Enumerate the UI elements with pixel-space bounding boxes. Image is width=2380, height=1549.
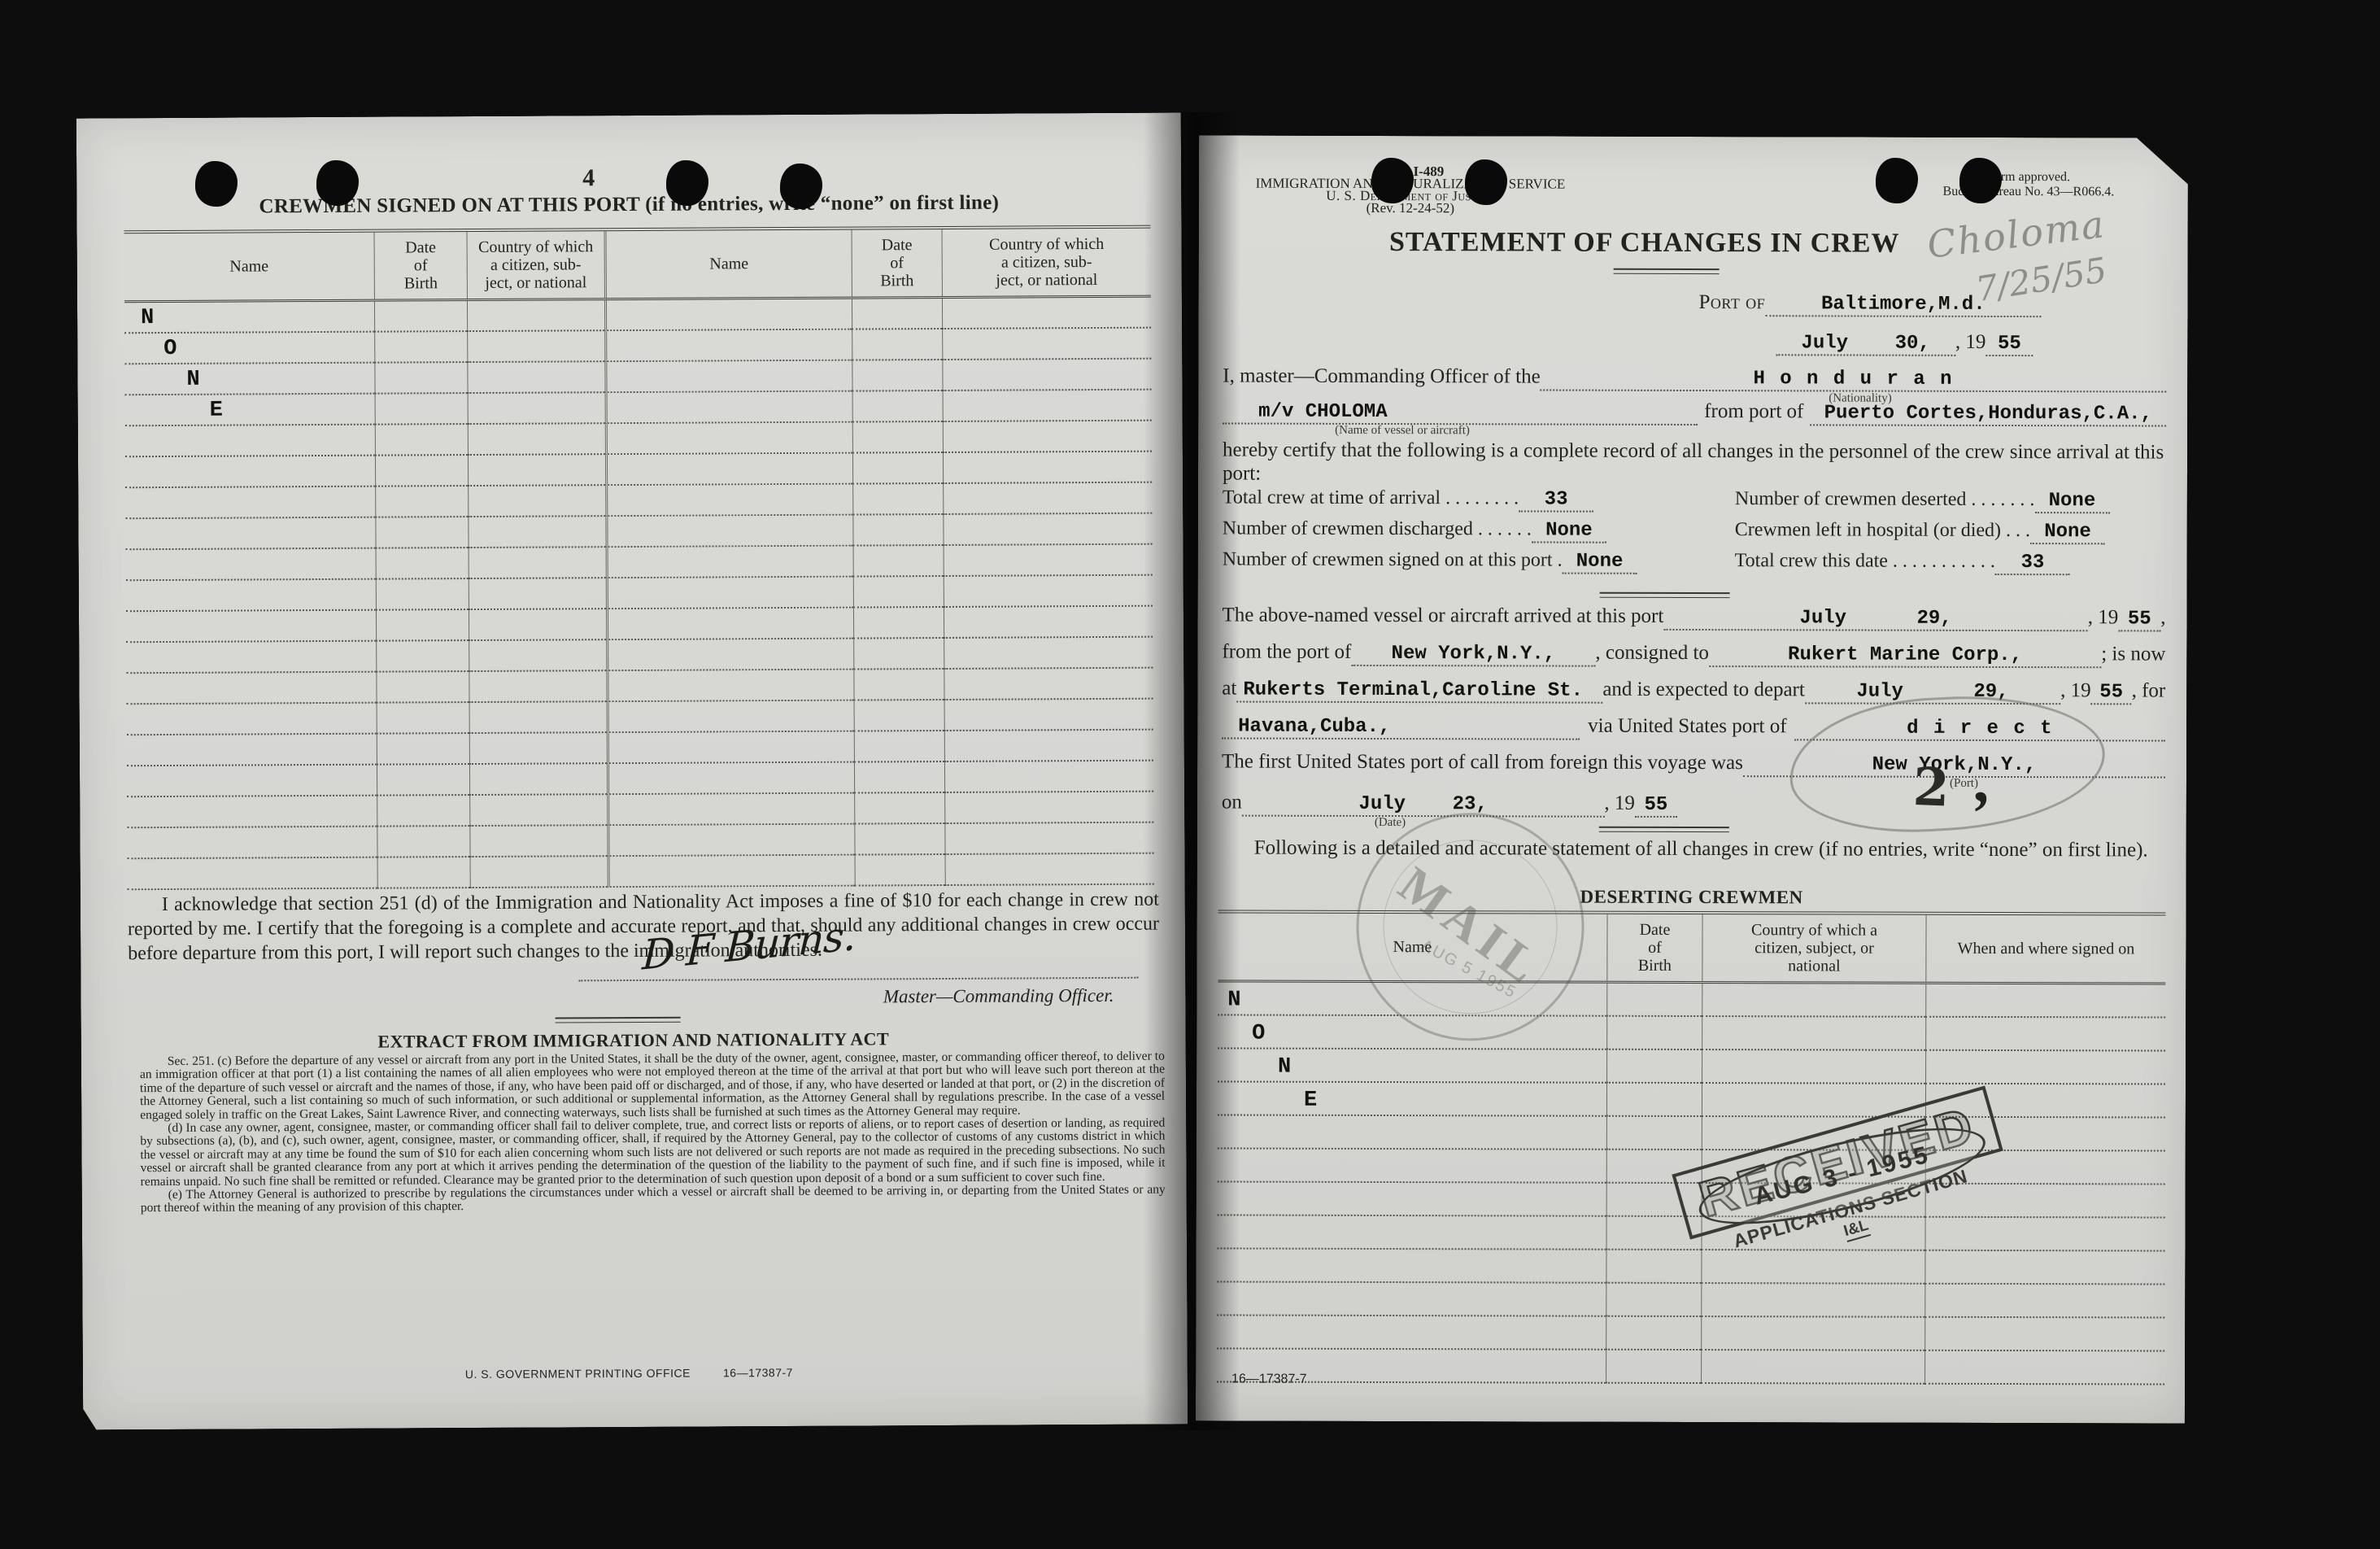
cell-country — [467, 362, 604, 394]
date-value: July 30, — [1801, 332, 1930, 354]
cell-country2 — [944, 669, 1153, 700]
table-row — [1217, 1349, 2164, 1385]
signature-line — [578, 977, 1138, 982]
cell-dob — [376, 548, 469, 580]
consigned-value: Rukert Marine Corp., — [1788, 644, 2022, 666]
via-label: via United States port of — [1580, 715, 1794, 739]
stat-label: Total crew at time of arrival . . . . . … — [1223, 487, 1519, 509]
cell-country2 — [944, 576, 1153, 608]
crew-statistics-block: Total crew at time of arrival . . . . . … — [1223, 487, 2166, 575]
cell-country — [468, 424, 605, 456]
cell-name2 — [606, 670, 853, 703]
cell-name — [1218, 1182, 1606, 1216]
destination-value: Havana,Cuba., — [1238, 716, 1390, 738]
cell-country2 — [943, 483, 1152, 515]
cell-country2 — [942, 360, 1151, 391]
cell-dob2 — [852, 360, 942, 392]
cell-name — [127, 735, 377, 767]
form-print-number: 16—17387-7 — [1231, 1372, 1307, 1387]
cell-name — [128, 858, 377, 891]
table-row: N — [1218, 1049, 2165, 1084]
from-port-value: Puerto Cortes,Honduras,C.A., — [1824, 402, 2152, 425]
stat-value: None — [1545, 520, 1593, 542]
cell-country2 — [944, 607, 1153, 639]
cell-name2 — [607, 701, 854, 734]
vessel-name-value: m/v CHOLOMA — [1258, 401, 1388, 423]
printed-19: , 19 — [2060, 679, 2091, 702]
vessel-name-field: m/v CHOLOMA — [1223, 399, 1698, 425]
cell-dob — [1606, 1284, 1701, 1317]
cell-dob2 — [853, 639, 944, 670]
hole-punch — [1876, 158, 1918, 203]
stat-total-date: Total crew this date . . . . . . . . . .… — [1735, 550, 2166, 575]
stat-label: Crewmen left in hospital (or died) . . . — [1735, 519, 2030, 542]
cell-country — [468, 486, 605, 517]
none-letter: O — [163, 337, 177, 361]
cell-dob — [1606, 1017, 1702, 1050]
cell-dob2 — [853, 670, 944, 701]
budget-approval-block: Form approved. Budget Bureau No. 43—R066… — [1894, 170, 2163, 200]
cell-country — [467, 300, 604, 332]
cell-signed-on — [1925, 1051, 2165, 1085]
cell-name — [1218, 1149, 1606, 1183]
cell-country2 — [942, 329, 1151, 360]
cell-dob — [374, 301, 467, 333]
table-row: N — [1218, 982, 2165, 1018]
cell-signed-on — [1924, 1285, 2164, 1319]
cell-name: E — [1218, 1082, 1606, 1116]
stat-value: 33 — [1545, 489, 1568, 511]
cell-dob2 — [853, 577, 944, 609]
section-divider — [1600, 592, 1730, 598]
cell-country2 — [943, 452, 1152, 484]
cell-country — [468, 455, 605, 487]
cell-name — [127, 766, 377, 798]
cell-name — [125, 518, 375, 551]
cell-country2 — [944, 731, 1153, 762]
cell-country2 — [944, 638, 1153, 670]
deserting-crewmen-title: DESERTING CREWMEN — [1197, 885, 2186, 909]
page-number: 4 — [582, 164, 595, 192]
col-header-name2: Name — [604, 230, 852, 299]
cell-name — [1217, 1282, 1606, 1316]
cell-dob2 — [854, 793, 944, 825]
hole-punch — [1371, 158, 1414, 203]
on-date-field: July 23, — [1242, 792, 1605, 818]
table-row — [1217, 1316, 2164, 1351]
cell-name — [127, 704, 377, 736]
section-divider — [556, 1017, 681, 1023]
col-header-dob: Date of Birth — [374, 232, 467, 299]
cell-dob2 — [854, 824, 944, 856]
hole-punch — [666, 160, 708, 206]
table-row — [1217, 1249, 2164, 1285]
cell-country2 — [943, 391, 1152, 422]
cell-name2 — [606, 547, 853, 579]
cell-country — [468, 517, 605, 548]
stat-total-arrival: Total crew at time of arrival . . . . . … — [1223, 487, 1735, 513]
stat-label: Number of crewmen deserted . . . . . . . — [1735, 488, 2035, 511]
depart-label: and is expected to depart — [1602, 679, 1805, 702]
table-row — [1217, 1282, 2164, 1318]
cell-name — [126, 673, 376, 705]
cell-dob2 — [852, 391, 943, 423]
none-letter: E — [1304, 1089, 1317, 1113]
cell-dob2 — [852, 453, 943, 485]
form-approved-line: Form approved. — [1894, 170, 2163, 185]
cell-country2 — [942, 298, 1151, 329]
from-port-of-line: from the port of New York,N.Y., , consig… — [1222, 640, 2165, 668]
stat-deserted: Number of crewmen deserted . . . . . . .… — [1735, 488, 2166, 513]
cell-name2 — [605, 454, 852, 487]
cell-country — [1701, 1284, 1924, 1318]
is-now-label: ; is now — [2101, 643, 2165, 665]
printed-19: , 19 — [1955, 331, 1986, 354]
col-header-dob2: Date of Birth — [852, 229, 942, 297]
cell-country — [469, 702, 607, 734]
cell-signed-on — [1924, 1351, 2164, 1385]
stat-field: None — [2034, 489, 2109, 513]
stat-field: None — [2030, 520, 2105, 544]
cell-name: N — [1218, 1049, 1606, 1083]
terminal-value: Rukerts Terminal,Caroline St. — [1243, 679, 1583, 702]
cell-country — [467, 331, 604, 363]
cell-name2 — [606, 578, 853, 610]
stat-signed-on: Number of crewmen signed on at this port… — [1223, 548, 1735, 574]
arrived-date-value: July 29, — [1799, 607, 1951, 629]
table-row — [127, 700, 1153, 736]
cell-dob2 — [854, 762, 944, 794]
cell-country — [469, 640, 606, 672]
table-row — [128, 854, 1154, 891]
cell-name — [126, 549, 376, 582]
cell-name2 — [604, 299, 852, 332]
cell-dob — [376, 672, 469, 704]
col-header-name: Name — [124, 233, 374, 301]
cell-dob — [374, 332, 467, 364]
stat-value: 33 — [2021, 552, 2045, 574]
table-row — [126, 545, 1153, 582]
revision-date: (Rev. 12-24-52) — [1215, 201, 1606, 214]
mail-room-stamp: MAIL AUG 5 1955 — [1356, 813, 1584, 1041]
extract-paragraph-e: (e) The Attorney General is authorized t… — [141, 1184, 1166, 1215]
cell-signed-on — [1924, 1218, 2164, 1252]
cell-signed-on — [1924, 1318, 2164, 1352]
extract-paragraph-c: Sec. 251. (c) Before the departure of an… — [140, 1050, 1165, 1123]
cell-dob — [1606, 1250, 1701, 1284]
cell-dob2 — [854, 731, 944, 763]
crewmen-signed-table: Name Date of Birth Country of which a ci… — [124, 225, 1154, 891]
cell-name2 — [606, 609, 853, 641]
stat-discharged: Number of crewmen discharged . . . . . .… — [1223, 517, 1735, 543]
cell-country — [1702, 1017, 1925, 1051]
table-row: O — [124, 329, 1151, 365]
stat-value: None — [2049, 490, 2096, 512]
cell-country2 — [944, 700, 1153, 731]
signature-label: Master—Commanding Officer. — [81, 985, 1114, 1012]
stat-field: 33 — [1519, 487, 1593, 512]
cell-name — [1217, 1249, 1606, 1283]
cell-dob — [376, 579, 469, 611]
port-of-value: Baltimore,M.d. — [1821, 293, 1986, 316]
stat-value: None — [2044, 521, 2091, 543]
arrived-year-field: 55 — [2118, 606, 2160, 631]
cell-signed-on — [1925, 1018, 2165, 1052]
first-port-label: The first United States port of call fro… — [1222, 750, 1743, 774]
scanned-document: 4 CREWMEN SIGNED ON AT THIS PORT (if no … — [0, 0, 2380, 1549]
consigned-field: Rukert Marine Corp., — [1709, 642, 2101, 668]
none-letter: O — [1252, 1022, 1265, 1046]
table-row — [127, 792, 1153, 829]
cell-name2 — [605, 485, 852, 517]
depart-year-field: 55 — [2091, 679, 2132, 705]
title-underline — [1614, 268, 1720, 274]
table-row — [126, 607, 1153, 644]
table-row — [127, 761, 1153, 798]
mail-stamp-text: MAIL — [1388, 855, 1554, 998]
cell-name2 — [607, 732, 854, 765]
table-row: N — [124, 360, 1151, 396]
table-header-row: Name Date of Birth Country of which a ci… — [124, 229, 1151, 303]
first-port-date-line: on July 23, , 19 55 — [1222, 791, 1677, 817]
cell-dob2 — [853, 546, 944, 578]
cell-country2 — [944, 761, 1153, 793]
cell-name — [125, 425, 375, 458]
statement-date-line: July 30, , 19 55 — [1776, 330, 2033, 356]
table-row: O — [1218, 1015, 2165, 1051]
from-port-field: Puerto Cortes,Honduras,C.A., — [1810, 400, 2166, 426]
form-title: STATEMENT OF CHANGES IN CREW — [1199, 226, 2090, 260]
cell-country2 — [943, 514, 1152, 546]
cell-country — [469, 548, 606, 579]
on-year-value: 55 — [1644, 794, 1667, 816]
cell-dob — [1606, 1317, 1701, 1350]
arrived-label: The above-named vessel or aircraft arriv… — [1222, 604, 1663, 627]
cell-dob2 — [855, 855, 945, 887]
cell-dob — [375, 517, 468, 549]
port-of-line: Port of Baltimore,M.d. — [1698, 291, 2041, 317]
cell-dob — [1606, 984, 1702, 1017]
following-paragraph: Following is a detailed and accurate sta… — [1222, 836, 2165, 861]
cell-country2 — [944, 792, 1153, 824]
nationality-value: H o n d u r a n — [1753, 368, 1953, 391]
cell-name — [1217, 1215, 1606, 1250]
cell-dob — [375, 425, 468, 456]
cell-country — [469, 795, 607, 827]
cell-country — [469, 764, 607, 796]
arrived-year-value: 55 — [2128, 608, 2151, 630]
cell-country2 — [944, 545, 1153, 577]
cell-dob — [377, 765, 469, 796]
cell-name — [125, 487, 375, 520]
extract-text: Sec. 251. (c) Before the departure of an… — [140, 1050, 1166, 1215]
for-label: , for — [2132, 679, 2166, 702]
stat-label: Number of crewmen signed on at this port… — [1223, 548, 1563, 571]
cell-name — [127, 796, 377, 829]
cell-country2 — [945, 854, 1154, 886]
cell-country — [1702, 984, 1925, 1018]
from-the-port-label: from the port of — [1222, 640, 1351, 663]
hole-punch — [195, 161, 238, 207]
cell-dob — [376, 610, 469, 642]
table-row — [127, 731, 1153, 767]
cell-name2 — [605, 423, 852, 456]
depart-year-value: 55 — [2099, 681, 2123, 703]
cell-country — [469, 733, 607, 765]
cell-dob — [377, 734, 469, 766]
left-page: 4 CREWMEN SIGNED ON AT THIS PORT (if no … — [76, 112, 1188, 1429]
cell-name2 — [605, 392, 852, 425]
cell-dob — [1606, 1050, 1702, 1084]
table-row — [126, 638, 1153, 674]
form-print-number: 16—17387-7 — [723, 1366, 793, 1379]
arrived-line: The above-named vessel or aircraft arriv… — [1222, 604, 2165, 631]
cell-name — [126, 642, 376, 674]
table-row — [1218, 1115, 2165, 1151]
cell-signed-on — [1925, 984, 2165, 1019]
from-port-label: from port of — [1698, 400, 1810, 423]
cell-name: O — [124, 333, 374, 365]
cell-country — [1701, 1350, 1924, 1385]
master-label: I, master—Commanding Officer of the — [1223, 364, 1540, 388]
cell-name2 — [607, 763, 854, 796]
cell-dob — [377, 857, 470, 889]
page-fold-shadow — [1144, 112, 1240, 1430]
table-row — [126, 576, 1153, 613]
cell-dob2 — [852, 329, 942, 361]
terminal-line: at Rukerts Terminal,Caroline St. and is … — [1222, 677, 2165, 705]
cell-dob2 — [852, 299, 942, 330]
cell-dob — [375, 487, 468, 518]
pencil-number-annotation: 2 — [1912, 757, 1951, 819]
extract-paragraph-d: (d) In case any owner, agent, consignee,… — [140, 1117, 1165, 1189]
budget-bureau-number: Budget Bureau No. 43—R066.4. — [1894, 185, 2163, 200]
hole-punch — [316, 160, 359, 206]
cell-name — [126, 611, 376, 644]
col-header-country2: Country of which a citizen, sub- ject, o… — [942, 229, 1151, 296]
cell-name2 — [607, 794, 854, 827]
col-header-country: Country of which a citizen, sub- ject, o… — [467, 231, 604, 299]
stat-value: None — [1576, 551, 1624, 573]
table-row: E — [125, 391, 1152, 427]
cell-dob2 — [852, 484, 943, 516]
printed-19: , 19 — [2088, 606, 2119, 629]
stat-label: Total crew this date . . . . . . . . . .… — [1735, 550, 1995, 573]
table-row — [125, 514, 1152, 551]
col-header-signed-on: When and where signed on — [1925, 915, 2165, 983]
section-divider — [1599, 827, 1729, 832]
cell-dob — [375, 456, 468, 487]
cell-country — [469, 578, 606, 610]
right-page: Form I-489 IMMIGRATION AND NATURALIZATIO… — [1196, 135, 2188, 1423]
hole-punch — [780, 164, 822, 209]
table-row — [127, 823, 1153, 860]
on-date-value: July 23, — [1358, 793, 1488, 815]
stat-field: None — [1532, 518, 1606, 543]
table-row — [125, 483, 1152, 520]
cell-name: N — [124, 302, 374, 334]
cell-country — [469, 671, 606, 703]
stat-hospital: Crewmen left in hospital (or died) . . .… — [1735, 519, 2166, 544]
cell-name2 — [604, 361, 852, 394]
table-row — [125, 452, 1152, 489]
cell-name2 — [608, 856, 855, 888]
table-row — [125, 421, 1152, 458]
cell-dob — [377, 827, 469, 858]
nationality-field: H o n d u r a n — [1541, 366, 2167, 393]
cell-name — [125, 456, 375, 489]
cell-name2 — [605, 516, 852, 548]
cell-name: E — [125, 395, 375, 427]
printing-office: U. S. GOVERNMENT PRINTING OFFICE — [465, 1367, 691, 1381]
none-letter: N — [141, 306, 154, 330]
col-header-country: Country of which a citizen, subject, or … — [1702, 914, 1925, 982]
cell-signed-on — [1924, 1251, 2164, 1285]
cell-name — [126, 580, 376, 613]
vessel-sublabel: (Name of vessel or aircraft) — [1335, 424, 1470, 438]
stat-field: None — [1563, 550, 1637, 574]
cell-dob2 — [853, 608, 944, 639]
print-office-footer: U. S. GOVERNMENT PRINTING OFFICE 16—1738… — [465, 1366, 793, 1381]
consigned-label: , consigned to — [1595, 642, 1709, 665]
none-letter: N — [186, 368, 199, 392]
from-the-port-value: New York,N.Y., — [1392, 643, 1556, 665]
cell-name2 — [604, 330, 852, 363]
port-of-field: Baltimore,M.d. — [1765, 293, 2041, 317]
destination-field: Havana,Cuba., — [1222, 713, 1580, 740]
cell-country — [468, 393, 605, 425]
cell-country — [469, 609, 606, 641]
arrived-date-field: July 29, — [1663, 605, 2088, 631]
master-line: I, master—Commanding Officer of the H o … — [1223, 364, 2166, 392]
certify-paragraph: hereby certify that the following is a c… — [1223, 438, 2166, 487]
none-letter: E — [210, 399, 223, 423]
col-header-dob: Date of Birth — [1606, 914, 1702, 981]
cell-dob — [377, 796, 469, 827]
cell-dob — [1606, 1350, 1701, 1384]
printed-19: , 19 — [1604, 792, 1635, 815]
port-of-label: Port of — [1698, 291, 1765, 314]
hole-punch — [1959, 158, 2002, 203]
terminal-field: Rukerts Terminal,Caroline St. — [1236, 678, 1602, 704]
cell-dob2 — [854, 700, 944, 732]
cell-name — [1218, 1115, 1606, 1150]
cell-dob — [1606, 1117, 1702, 1150]
cell-country2 — [943, 421, 1152, 453]
cell-name2 — [606, 639, 853, 672]
stat-label: Number of crewmen discharged . . . . . . — [1223, 517, 1532, 540]
cell-dob — [377, 703, 469, 735]
date-field: July 30, — [1776, 330, 1955, 356]
vessel-line: m/v CHOLOMA from port of Puerto Cortes,H… — [1223, 399, 2166, 426]
cell-country — [470, 857, 608, 888]
cell-country — [1702, 1050, 1925, 1084]
hole-punch — [1465, 159, 1507, 205]
year-value: 55 — [1998, 333, 2021, 355]
cell-name — [1217, 1316, 1606, 1350]
stat-field: 33 — [1995, 551, 2070, 575]
cell-name — [127, 827, 377, 860]
cell-name: N — [124, 364, 374, 396]
crewmen-signed-heading: CREWMEN SIGNED ON AT THIS PORT (if no en… — [76, 190, 1181, 219]
cell-dob — [1606, 1084, 1702, 1117]
table-row: E — [1218, 1082, 2165, 1118]
on-year-field: 55 — [1635, 792, 1677, 818]
cell-name2 — [607, 825, 854, 857]
cell-country2 — [944, 823, 1153, 855]
cell-dob — [376, 641, 469, 673]
mail-stamp-date: AUG 5 1955 — [1418, 936, 1520, 1003]
